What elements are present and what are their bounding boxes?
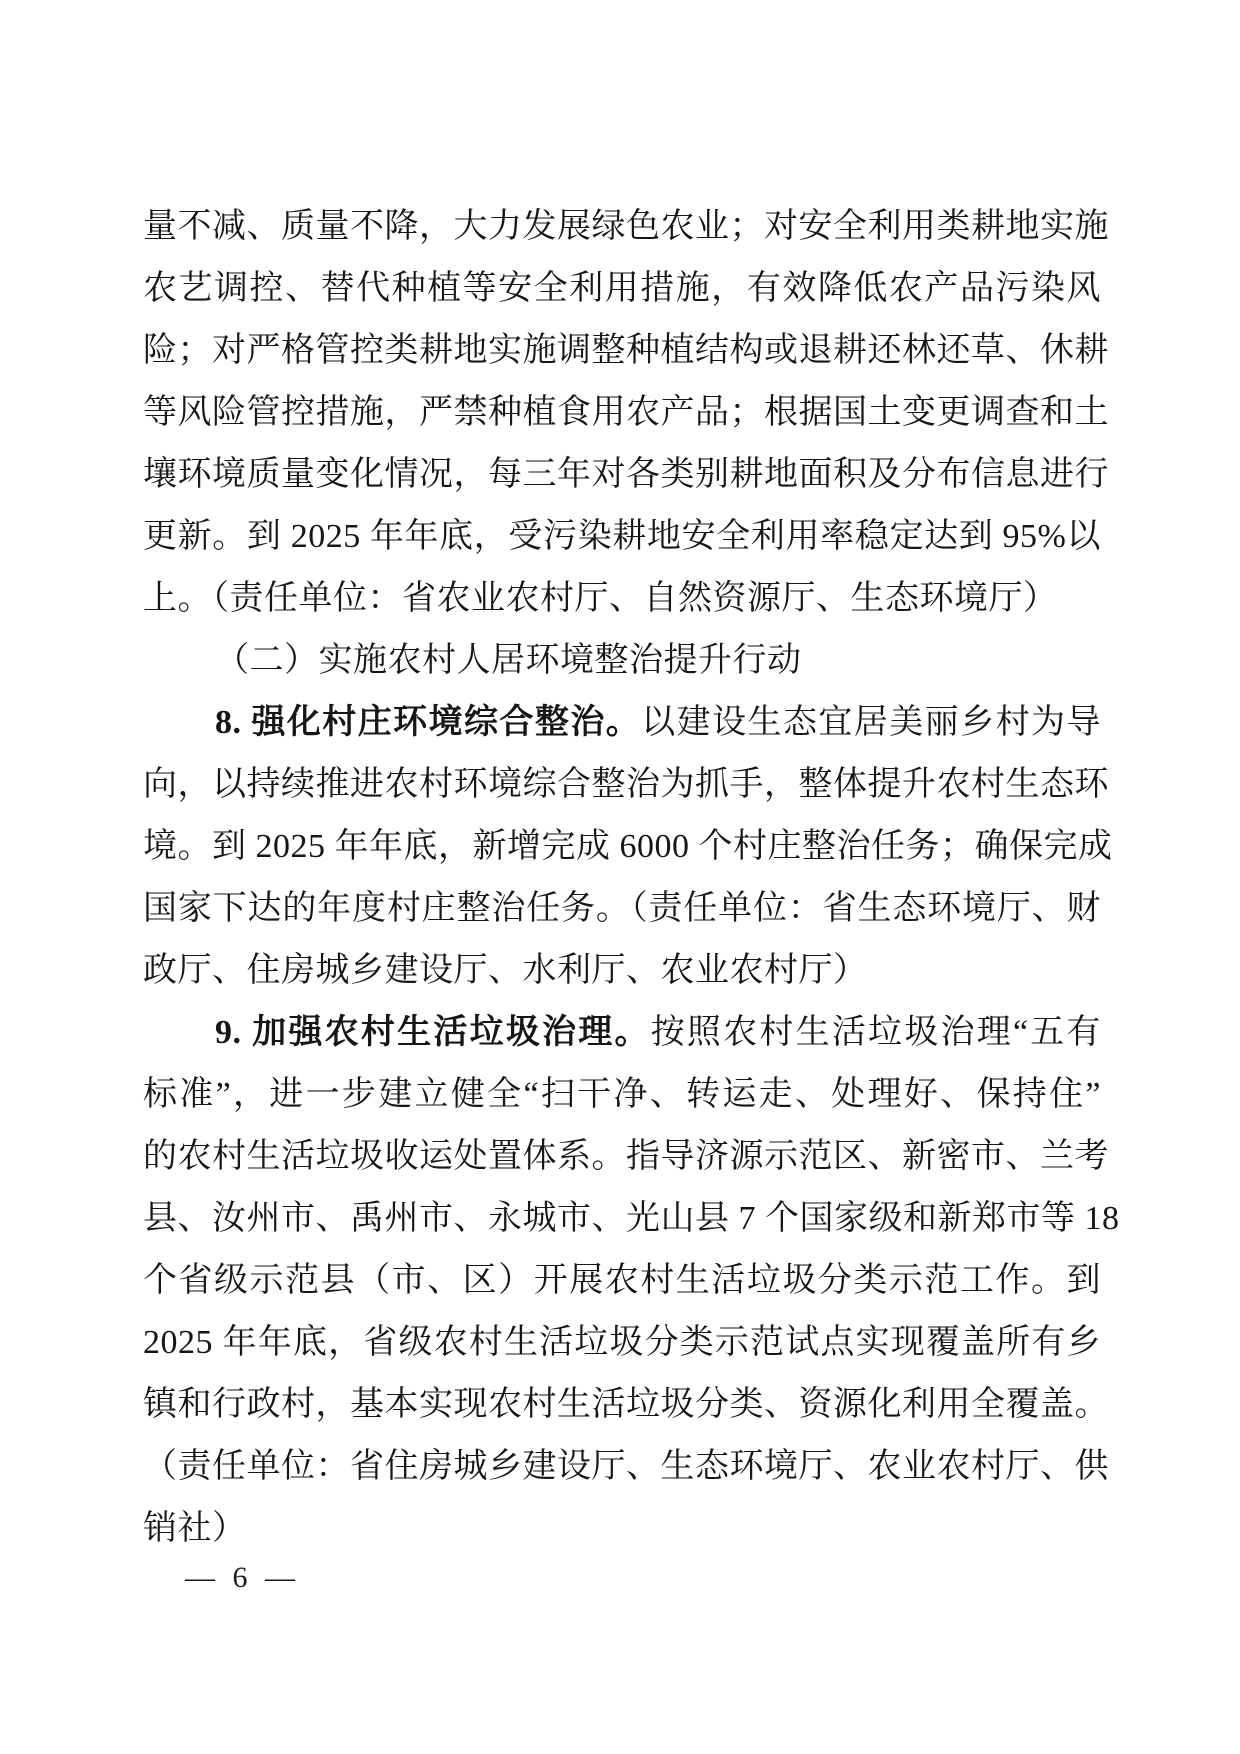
page-number: — 6 — (185, 1561, 300, 1594)
text-run: 壤环境质量变化情况，每三年对各类别耕地面积及分布信息进行 (143, 456, 1109, 493)
para-item8-line-1: 8. 强化村庄环境综合整治。以建设生态宜居美丽乡村为导 (143, 692, 1101, 754)
para-item9-line-6: 2025 年年底，省级农村生活垃圾分类示范试点实现覆盖所有乡 (143, 1312, 1101, 1374)
text-run: 个省级示范县（市、区）开展农村生活垃圾分类示范工作。到 (143, 1262, 1101, 1299)
text-run: 政厅、住房城乡建设厅、水利厅、农业农村厅） (143, 952, 868, 989)
para-item9-line-5: 个省级示范县（市、区）开展农村生活垃圾分类示范工作。到 (143, 1250, 1101, 1312)
para-item9-line-8: （责任单位：省住房城乡建设厅、生态环境厅、农业农村厅、供 (143, 1436, 1101, 1498)
text-run: 国家下达的年度村庄整治任务。（责任单位：省生态环境厅、财 (143, 890, 1101, 927)
text-run: 以建设生态宜居美丽乡村为导 (641, 704, 1101, 741)
bold-text-run: 9. 加强农村生活垃圾治理。 (215, 1014, 651, 1051)
text-run: 向，以持续推进农村环境综合整治为抓手，整体提升农村生态环 (143, 766, 1109, 803)
text-run: 按照农村生活垃圾治理“五有 (651, 1014, 1101, 1051)
para-item7-continued-line-2: 农艺调控、替代种植等安全利用措施，有效降低农产品污染风 (143, 258, 1101, 320)
para-item8-line-3: 境。到 2025 年年底，新增完成 6000 个村庄整治任务；确保完成 (143, 816, 1101, 878)
para-item8-line-5: 政厅、住房城乡建设厅、水利厅、农业农村厅） (143, 940, 1101, 1002)
text-run: 量不减、质量不降，大力发展绿色农业；对安全利用类耕地实施 (143, 208, 1109, 245)
text-run: 等风险管控措施，严禁种植食用农产品；根据国土变更调查和土 (143, 394, 1109, 431)
text-run: 销社） (143, 1510, 247, 1547)
heading-section-2-line-1: （二）实施农村人居环境整治提升行动 (143, 630, 1101, 692)
para-item7-continued-line-6: 更新。到 2025 年年底，受污染耕地安全利用率稳定达到 95%以 (143, 506, 1101, 568)
para-item7-continued-line-5: 壤环境质量变化情况，每三年对各类别耕地面积及分布信息进行 (143, 444, 1101, 506)
text-run: 标准”，进一步建立健全“扫干净、转运走、处理好、保持住” (143, 1076, 1101, 1113)
text-run: 县、汝州市、禹州市、永城市、光山县 7 个国家级和新郑市等 18 (143, 1200, 1120, 1237)
para-item7-continued-line-7: 上。（责任单位：省农业农村厅、自然资源厅、生态环境厅） (143, 568, 1101, 630)
text-run: 险；对严格管控类耕地实施调整种植结构或退耕还林还草、休耕 (143, 332, 1109, 369)
para-item9-line-2: 标准”，进一步建立健全“扫干净、转运走、处理好、保持住” (143, 1064, 1101, 1126)
para-item9-line-9: 销社） (143, 1498, 1101, 1560)
document-body: 量不减、质量不降，大力发展绿色农业；对安全利用类耕地实施农艺调控、替代种植等安全… (143, 196, 1101, 1560)
text-run: （责任单位：省住房城乡建设厅、生态环境厅、农业农村厅、供 (143, 1448, 1109, 1485)
text-run: （二）实施农村人居环境整治提升行动 (215, 642, 802, 679)
text-run: 2025 年年底，省级农村生活垃圾分类示范试点实现覆盖所有乡 (143, 1324, 1101, 1361)
para-item9-line-3: 的农村生活垃圾收运处置体系。指导济源示范区、新密市、兰考 (143, 1126, 1101, 1188)
text-run: 的农村生活垃圾收运处置体系。指导济源示范区、新密市、兰考 (143, 1138, 1109, 1175)
text-run: 农艺调控、替代种植等安全利用措施，有效降低农产品污染风 (143, 270, 1101, 307)
para-item9-line-1: 9. 加强农村生活垃圾治理。按照农村生活垃圾治理“五有 (143, 1002, 1101, 1064)
para-item9-line-7: 镇和行政村，基本实现农村生活垃圾分类、资源化利用全覆盖。 (143, 1374, 1101, 1436)
bold-text-run: 8. 强化村庄环境综合整治。 (215, 704, 641, 741)
text-run: 镇和行政村，基本实现农村生活垃圾分类、资源化利用全覆盖。 (143, 1386, 1109, 1423)
para-item9-line-4: 县、汝州市、禹州市、永城市、光山县 7 个国家级和新郑市等 18 (143, 1188, 1101, 1250)
text-run: 更新。到 2025 年年底，受污染耕地安全利用率稳定达到 95%以 (143, 518, 1101, 555)
para-item7-continued-line-1: 量不减、质量不降，大力发展绿色农业；对安全利用类耕地实施 (143, 196, 1101, 258)
para-item8-line-4: 国家下达的年度村庄整治任务。（责任单位：省生态环境厅、财 (143, 878, 1101, 940)
document-page: 量不减、质量不降，大力发展绿色农业；对安全利用类耕地实施农艺调控、替代种植等安全… (0, 0, 1240, 1754)
para-item7-continued-line-3: 险；对严格管控类耕地实施调整种植结构或退耕还林还草、休耕 (143, 320, 1101, 382)
text-run: 上。（责任单位：省农业农村厅、自然资源厅、生态环境厅） (143, 580, 1058, 617)
text-run: 境。到 2025 年年底，新增完成 6000 个村庄整治任务；确保完成 (143, 828, 1113, 865)
page-footer: — 6 — (185, 1560, 300, 1596)
para-item8-line-2: 向，以持续推进农村环境综合整治为抓手，整体提升农村生态环 (143, 754, 1101, 816)
para-item7-continued-line-4: 等风险管控措施，严禁种植食用农产品；根据国土变更调查和土 (143, 382, 1101, 444)
